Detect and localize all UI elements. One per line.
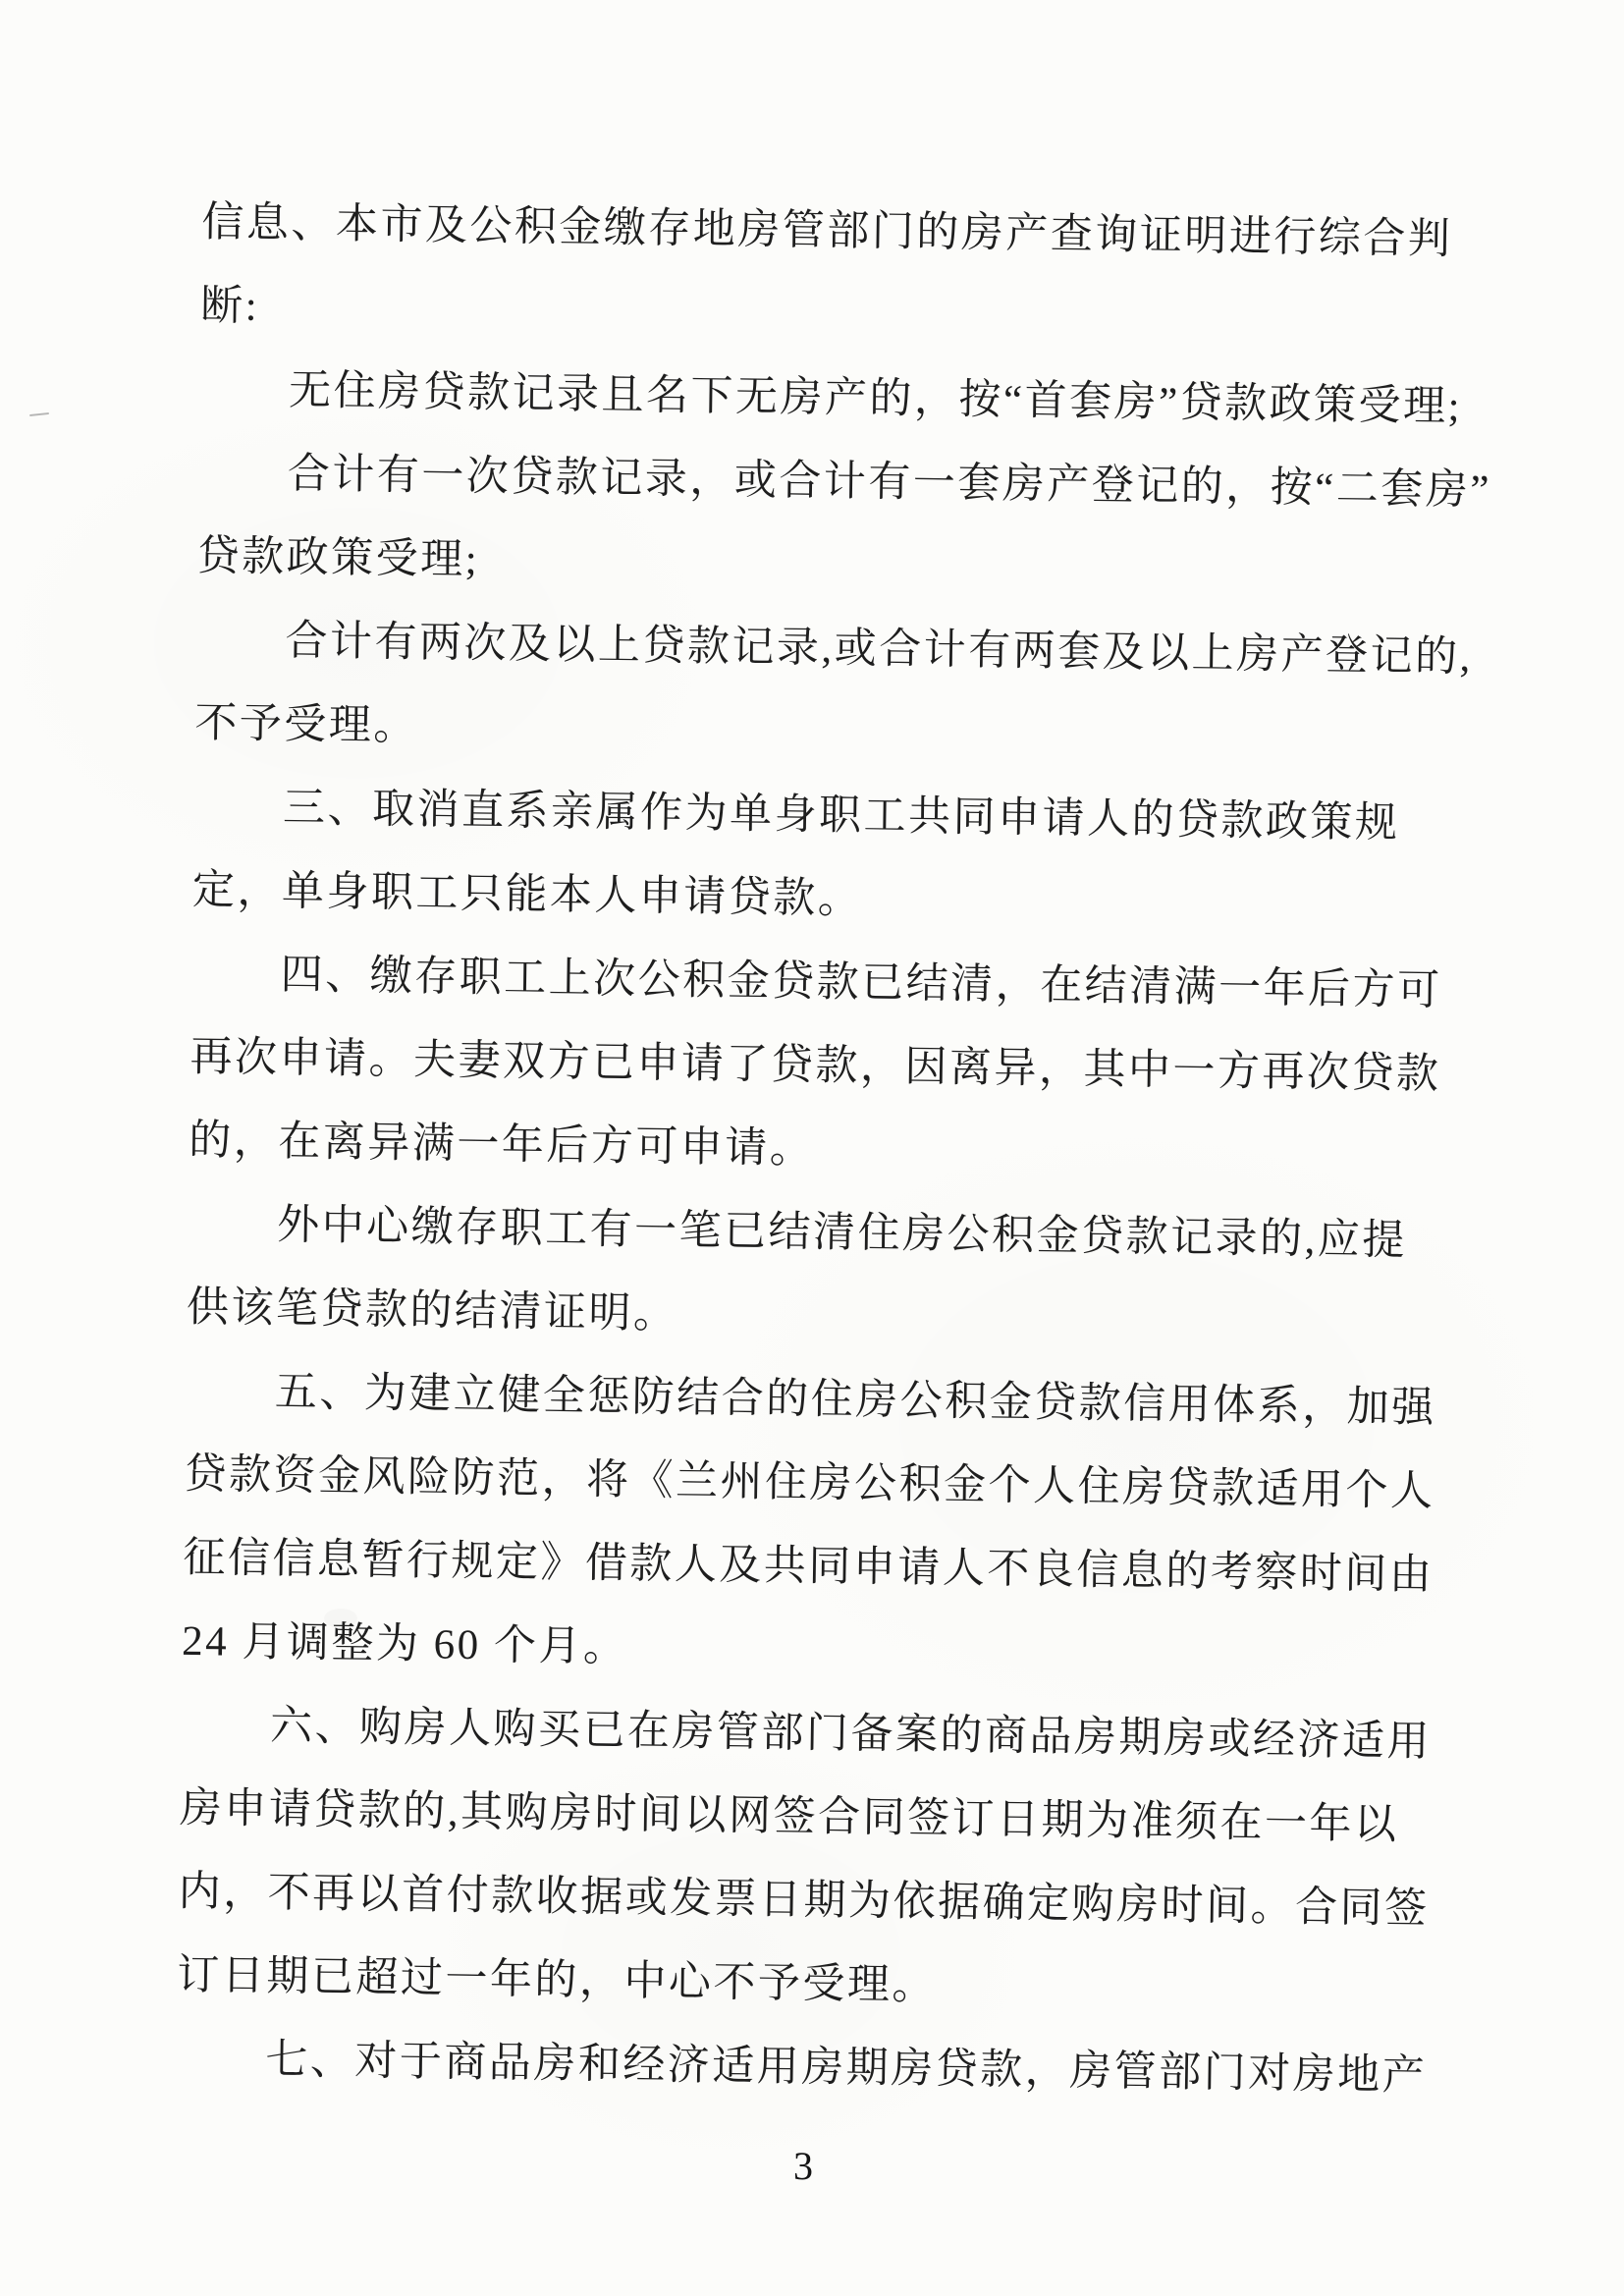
page-number: 3 <box>0 2143 1606 2189</box>
text-line: 七、对于商品房和经济适用房期房贷款，房管部门对房地产 <box>176 2017 1473 2118</box>
document-page: 信息、本市及公积金缴存地房管部门的房产查询证明进行综合判 断: 无住房贷款记录且… <box>0 0 1624 2296</box>
document-body: 信息、本市及公积金缴存地房管部门的房产查询证明进行综合判 断: 无住房贷款记录且… <box>176 181 1498 2118</box>
scan-speck <box>29 412 49 416</box>
